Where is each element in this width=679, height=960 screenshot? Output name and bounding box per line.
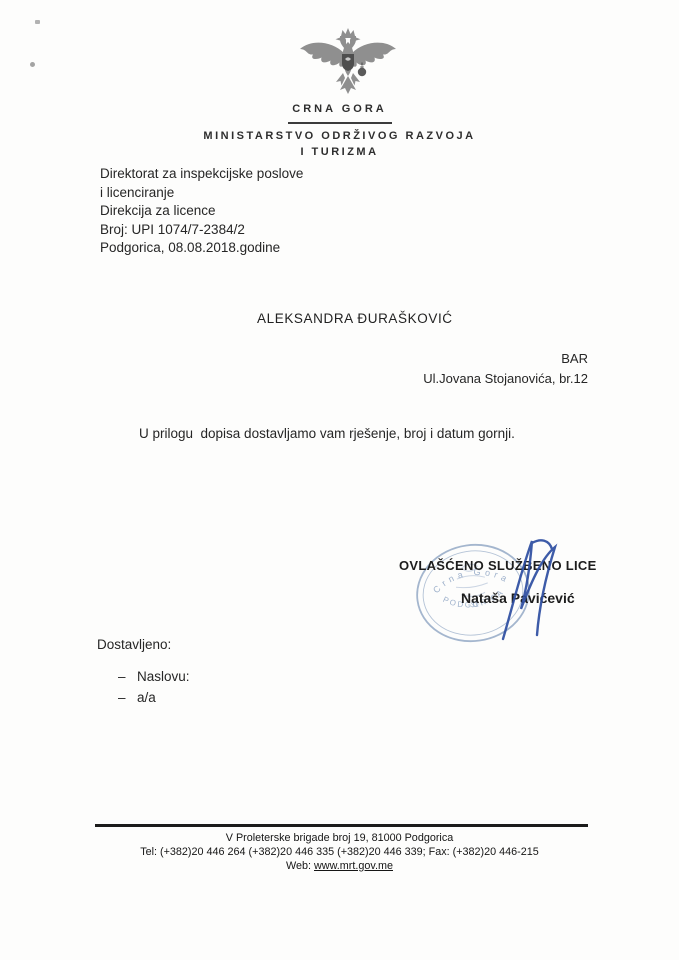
footer-divider-line: [95, 824, 588, 827]
sender-direction: Direkcija za licence: [100, 202, 303, 221]
distribution-item-label: Naslovu:: [137, 667, 190, 688]
recipient-name: ALEKSANDRA ĐURAŠKOVIĆ: [257, 311, 453, 326]
coat-of-arms-icon: [296, 26, 400, 102]
scan-artifact-speck: [30, 62, 35, 67]
distribution-item: – a/a: [118, 688, 190, 709]
ministry-name-line2: I TURIZMA: [0, 146, 679, 158]
document-number: Broj: UPI 1074/7-2384/2: [100, 221, 303, 240]
scanned-letter-page: CRNA GORA MINISTARSTVO ODRŽIVOG RAZVOJA …: [0, 0, 679, 960]
footer-web-label: Web:: [286, 860, 311, 872]
distribution-item-label: a/a: [137, 688, 156, 709]
recipient-street: Ul.Jovana Stojanovića, br.12: [423, 369, 588, 389]
handwritten-signature-ink: [487, 537, 563, 645]
ministry-name-line1: MINISTARSTVO ODRŽIVOG RAZVOJA: [0, 130, 679, 142]
list-dash: –: [118, 688, 137, 709]
distribution-item: – Naslovu:: [118, 667, 190, 688]
recipient-address: BAR Ul.Jovana Stojanovića, br.12: [423, 349, 588, 388]
footer-web-line: Web: www.mrt.gov.me: [0, 860, 679, 872]
header-divider-line: [288, 122, 392, 124]
sender-block: Direktorat za inspekcijske poslove i lic…: [100, 165, 303, 258]
country-name: CRNA GORA: [0, 103, 679, 115]
footer-phone-fax: Tel: (+382)20 446 264 (+382)20 446 335 (…: [0, 846, 679, 858]
distribution-heading: Dostavljeno:: [97, 637, 171, 652]
distribution-list: – Naslovu: – a/a: [118, 667, 190, 708]
footer-address: V Proleterske brigade broj 19, 81000 Pod…: [0, 832, 679, 844]
sender-directorate-line1: Direktorat za inspekcijske poslove: [100, 165, 303, 184]
list-dash: –: [118, 667, 137, 688]
scan-artifact-speck: [35, 20, 40, 24]
letter-body-paragraph: U prilogu dopisa dostavljamo vam rješenj…: [139, 426, 515, 441]
place-and-date: Podgorica, 08.08.2018.godine: [100, 239, 303, 258]
recipient-city: BAR: [423, 349, 588, 369]
footer-website-link: www.mrt.gov.me: [314, 860, 393, 872]
sender-directorate-line2: i licenciranje: [100, 184, 303, 203]
